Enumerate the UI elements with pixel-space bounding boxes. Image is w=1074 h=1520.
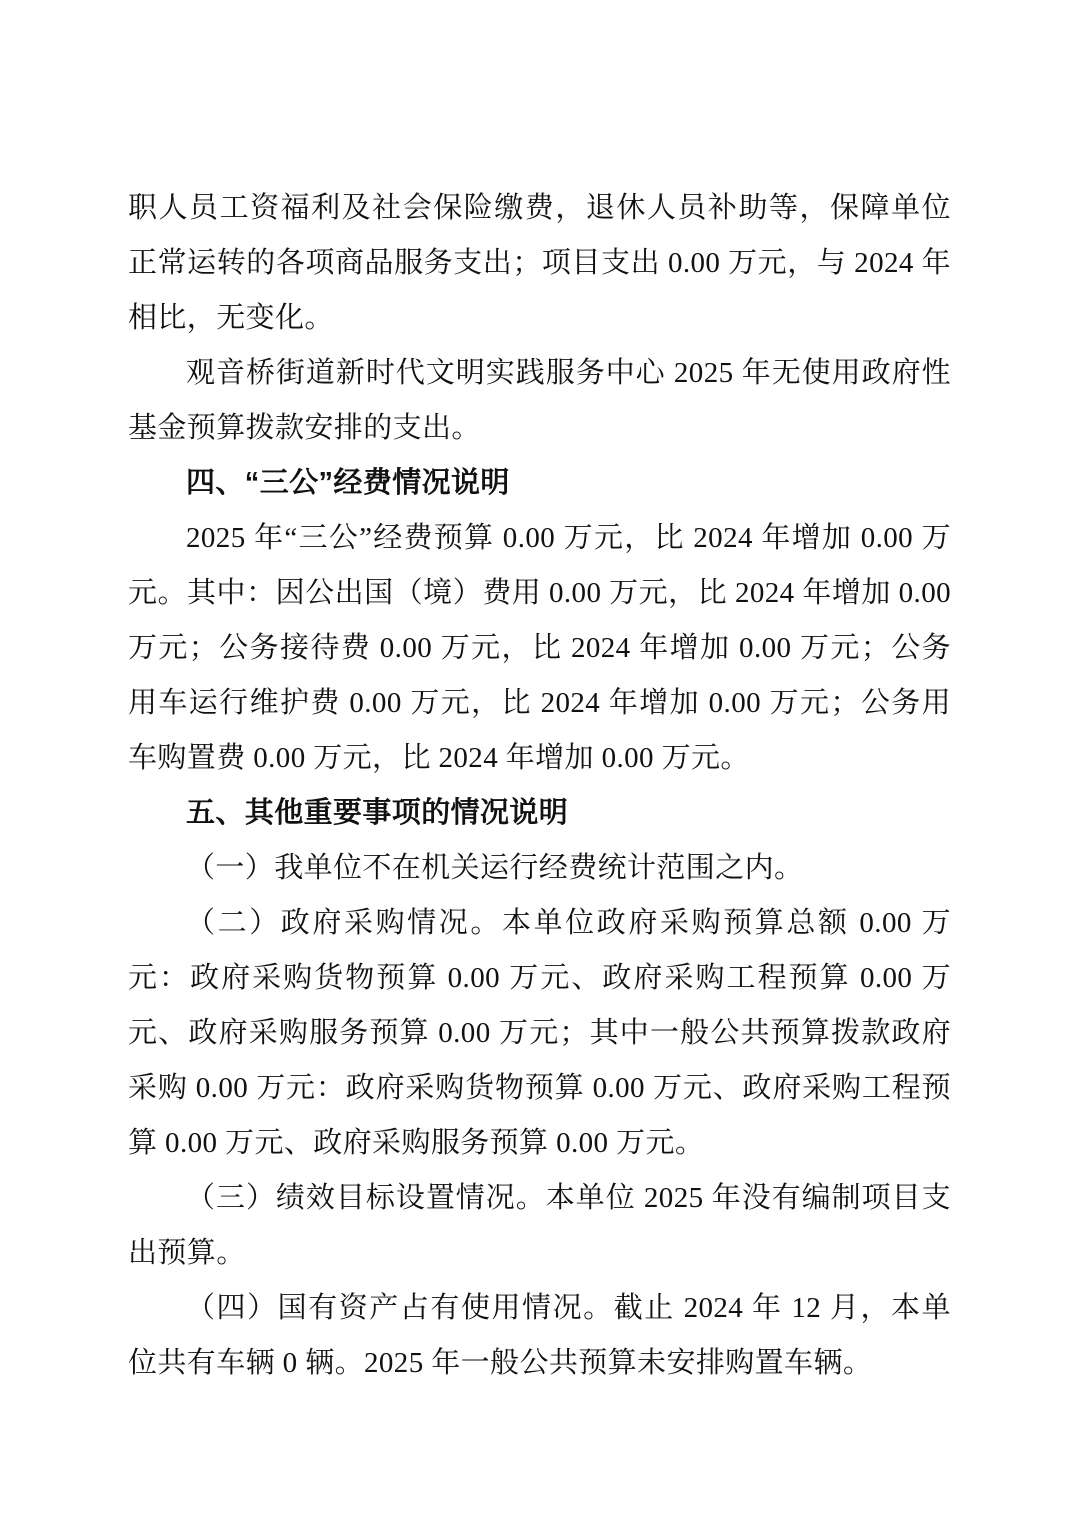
paragraph-state-assets-usage: （四）国有资产占有使用情况。截止 2024 年 12 月，本单位共有车辆 0 辆…: [128, 1281, 951, 1391]
paragraph-performance-targets: （三）绩效目标设置情况。本单位 2025 年没有编制项目支出预算。: [128, 1171, 951, 1281]
heading-section-five-other-important-matters: 五、其他重要事项的情况说明: [128, 786, 951, 841]
document-page: 职人员工资福利及社会保险缴费，退休人员补助等，保障单位正常运转的各项商品服务支出…: [0, 0, 1074, 1520]
paragraph-gov-fund-budget: 观音桥街道新时代文明实践服务中心 2025 年无使用政府性基金预算拨款安排的支出…: [128, 346, 951, 456]
paragraph-basic-expense-continuation: 职人员工资福利及社会保险缴费，退休人员补助等，保障单位正常运转的各项商品服务支出…: [128, 181, 951, 346]
heading-section-four-three-public-expenses: 四、“三公”经费情况说明: [128, 456, 951, 511]
paragraph-government-procurement: （二）政府采购情况。本单位政府采购预算总额 0.00 万元：政府采购货物预算 0…: [128, 896, 951, 1171]
paragraph-three-public-expenses-detail: 2025 年“三公”经费预算 0.00 万元，比 2024 年增加 0.00 万…: [128, 511, 951, 786]
paragraph-operating-expense-scope: （一）我单位不在机关运行经费统计范围之内。: [128, 841, 951, 896]
document-content: 职人员工资福利及社会保险缴费，退休人员补助等，保障单位正常运转的各项商品服务支出…: [128, 181, 951, 1391]
